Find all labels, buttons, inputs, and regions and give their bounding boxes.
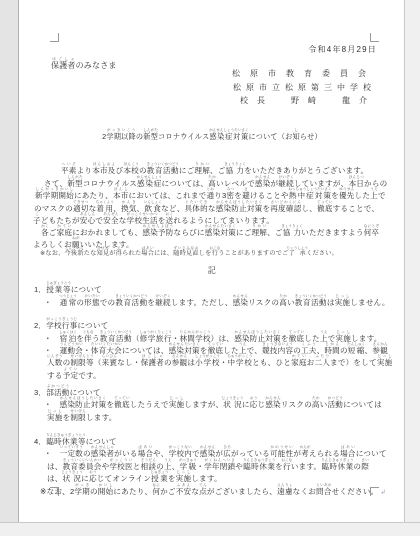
section-3-heading: 3．部活動ぶかつどうについて	[34, 384, 101, 397]
section-4-item-1-end: は、状況じょうきょうに応おうじてオンライン授業じゅぎょうを実施じっしします。	[47, 470, 222, 483]
sender-school: 松原市立松原第三中学校	[233, 84, 376, 92]
section-3-item-1: ・ 感染防止対策かんせんぼうしたいさくを徹底てっていしたうえで実施じっししますが…	[44, 396, 382, 409]
intro-line-3: 新学期開始しんがっきかいしにあたり、本市ほんしにおいては、これまで通とおり3密み…	[35, 187, 386, 200]
text-boundary-mark-top-right-icon	[370, 33, 379, 42]
closing-note: ※なお、2学期がっきの開始かいしにあたり、何なにかご不安ふあんな点てんがございま…	[40, 483, 386, 497]
record-heading: 記	[20, 267, 404, 275]
intro-line-4: のマスクの適切てきせつな着用ちゃくよう、換気かんき、飲食いんしょくなど、具体的ぐ…	[34, 200, 379, 213]
section-1-item-1: ・ 通常つうじょうの形態けいたいでの教育活動きょういくかつどうを継続けいぞくしま…	[44, 294, 390, 307]
intro-line-1: 平素へいそより本市及ほんしおよび本校ほんこうの教育活動きょういくかつどうにご理解…	[61, 162, 368, 175]
sender-principal: 校長 野崎 龍介	[240, 97, 376, 105]
app-margin-left	[0, 0, 19, 522]
section-4-heading: 4．臨時休業等りんじきゅうぎょうとうについて	[34, 433, 117, 446]
section-1-heading: 1．授業等じゅぎょうとうについて	[34, 281, 102, 294]
supplementary-note: ※なお、今後新こんごあらたな知見ちけんが得えられた場合ばあいには、随時見直ずいじ…	[40, 246, 338, 258]
app-margin-bottom	[0, 522, 420, 536]
document-title: 2学期以降がっきいこうの新型しんがたコロナウイルス感染症対策かんせんしょうたいさ…	[20, 128, 404, 141]
section-2-item-2-cont: 人数にんずうの制限等せいげんとう（来賓らいひんなし・保護者ほごしゃの参観さんかん…	[47, 354, 392, 367]
text-boundary-mark-top-left-icon	[50, 33, 59, 42]
section-4-item-1: ・ 一定数いっていすうの感染者かんせんしゃがいる場合ばあいや、学校内がっこうない…	[44, 445, 387, 458]
section-4-item-1-cont: は、教育委員会きょういくいいんかいや学校医がっこういと相談そうだんの上うえ、学級…	[47, 458, 369, 471]
intro-line-2: さて、新型しんがたコロナウイルス感染症かんせんしょうについては、高たかいレベルで…	[44, 175, 387, 188]
date-line: 令和4年8月29日	[308, 46, 377, 54]
app-margin-right	[404, 0, 420, 522]
addressee: 保護者ほごしゃのみなさま	[51, 57, 117, 70]
sender-organization: 松原市教育委員会	[232, 70, 376, 78]
section-2-item-2: ・ 運動会うんどうかい・体育大会たいいくたいかいについては、感染対策かんせんたい…	[44, 342, 388, 355]
section-3-item-1-cont: 実施じっしを制限せいげんします。	[47, 409, 117, 422]
section-2-heading: 2．学校行事がっこうぎょうじについて	[34, 317, 108, 330]
closing-note-text: ※なお、2学期がっきの開始かいしにあたり、何なにかご不安ふあんな点てんがございま…	[40, 487, 378, 496]
document-page: 令和4年8月29日 保護者ほごしゃのみなさま 松原市教育委員会 松原市立松原第三…	[20, 0, 404, 522]
section-2-item-2-end: する予定よていです。	[47, 367, 101, 380]
paragraph-return-icon: ↲	[380, 489, 386, 496]
document-viewer: 令和4年8月29日 保護者ほごしゃのみなさま 松原市教育委員会 松原市立松原第三…	[0, 0, 420, 536]
